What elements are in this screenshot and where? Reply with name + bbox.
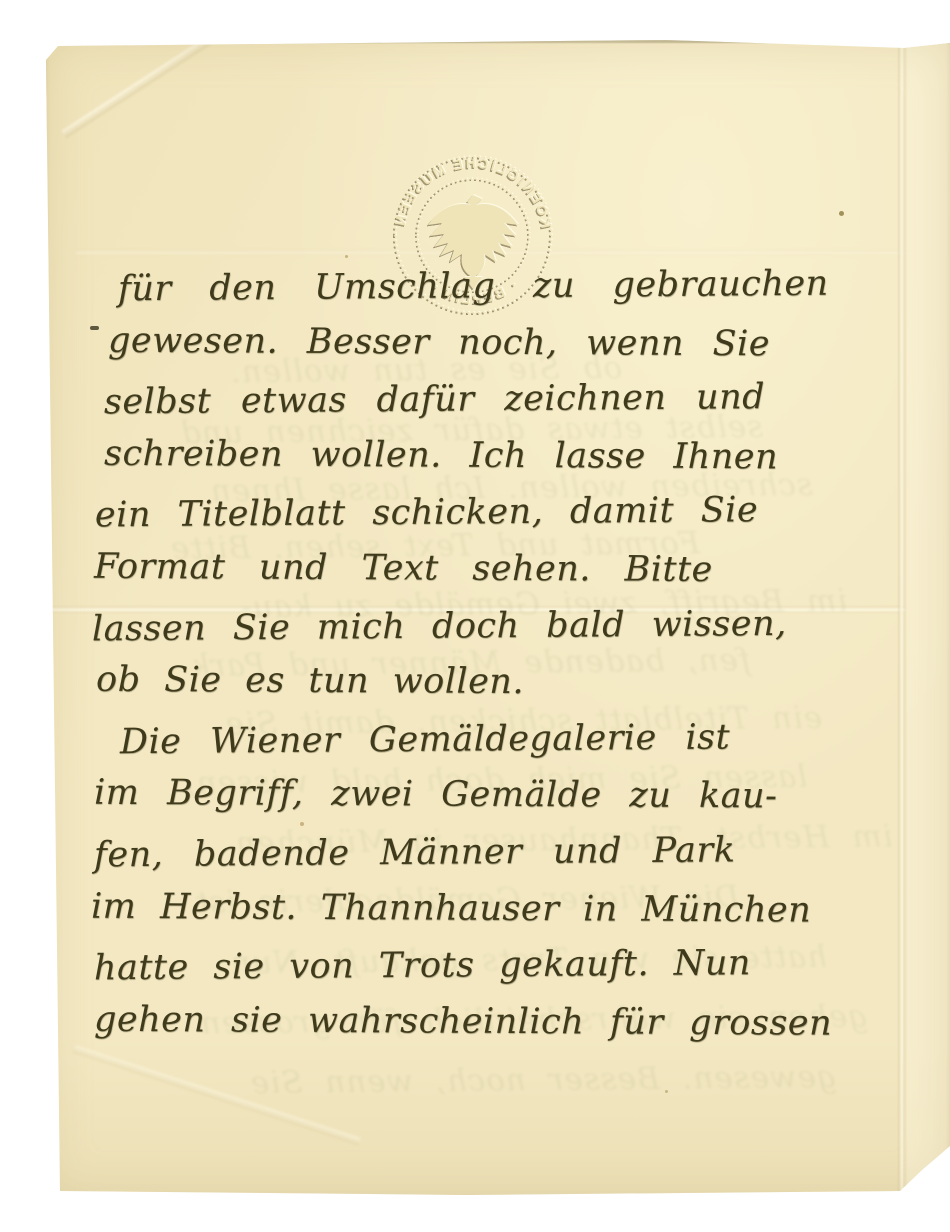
letter-line: schreiben wollen. Ich lasse Ihnen [104, 434, 950, 495]
letter-line: Format und Text sehen. Bitte [94, 547, 950, 608]
letter-body: für den Umschlag zu gebrauchen gewesen. … [0, 266, 950, 1058]
letter-line: Die Wiener Gemäldegalerie ist [120, 715, 950, 778]
letter-line: gewesen. Besser noch, wenn Sie [108, 320, 950, 381]
letter-line: fen, badende Männer und Park [94, 829, 950, 892]
crease-diagonal-bottom-left [73, 1045, 361, 1145]
letter-line: lassen Sie mich doch bald wissen, [92, 602, 950, 665]
crease-diagonal-top-left [62, 0, 310, 138]
letter-line: im Begriff, zwei Gemälde zu kau- [94, 773, 950, 834]
letter-line: ein Titelblatt schicken, damit Sie [95, 489, 950, 552]
letter-line: hatte sie von Trots gekauft. Nun [94, 942, 950, 1005]
letter-line: für den Umschlag zu gebrauchen [118, 263, 950, 326]
letter-line: im Herbst. Thannhauser in München [91, 886, 950, 947]
letter-line: ob Sie es tun wollen. [96, 660, 950, 721]
letter-line: selbst etwas dafür zeichnen und [104, 376, 950, 439]
letter-line: gehen sie wahrscheinlich für grossen [94, 999, 950, 1060]
